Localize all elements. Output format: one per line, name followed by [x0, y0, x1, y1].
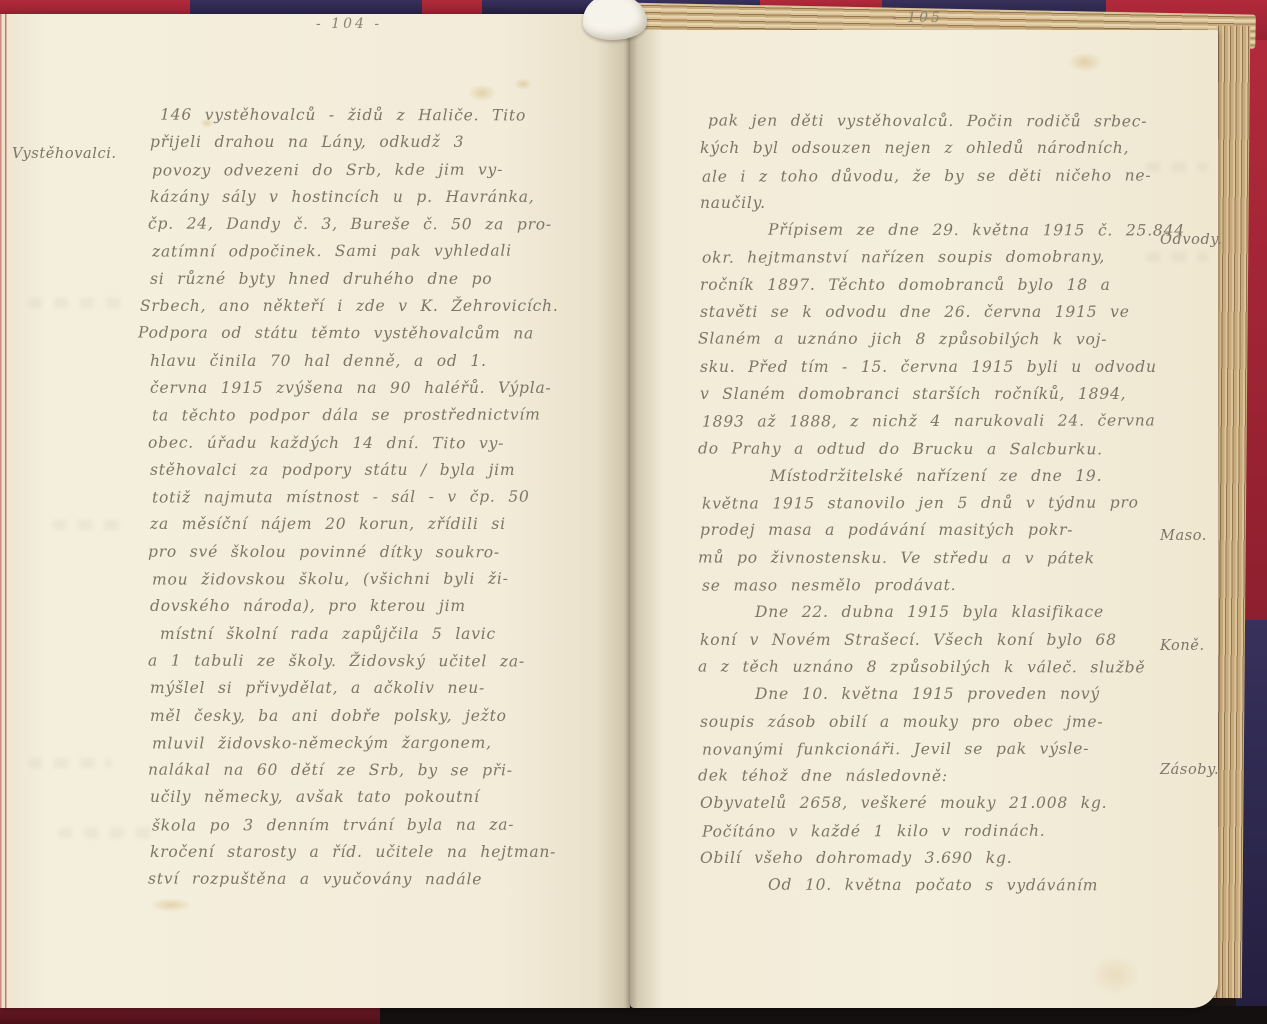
- handwritten-line: okr. hejtmanství nařízen soupis domobran…: [702, 244, 1189, 273]
- handwritten-line: zatímní odpočinek. Sami pak vyhledali: [152, 238, 561, 266]
- page-marker: [583, 0, 647, 40]
- handwritten-line: Obilí všeho dohromady 3.690 kg.: [700, 845, 1187, 872]
- handwritten-line: a z těch uznáno 8 způsobilých k váleč. s…: [698, 653, 1185, 681]
- handwritten-line: Srbech, ano někteří i zde v K. Žehrovicí…: [140, 293, 559, 320]
- handwritten-line: čp. 24, Dandy č. 3, Bureše č. 50 za pro-: [148, 211, 557, 239]
- paper-stain: [1068, 52, 1102, 72]
- bleed-through-smudge: [58, 828, 158, 838]
- handwritten-line: května 1915 stanovilo jen 5 dnů v týdnu …: [702, 490, 1189, 519]
- right-page-text: pak jen děti vystěhovalců. Počin rodičů …: [700, 108, 1187, 900]
- handwritten-line: Podpora od státu těmto vystěhovalcům na: [138, 320, 557, 348]
- handwritten-line: povozy odvezeni do Srb, kde jim vy-: [152, 156, 561, 184]
- handwritten-line: a 1 tabuli ze školy. Židovský učitel za-: [148, 648, 557, 676]
- handwritten-line: učily německy, avšak tato pokoutní: [150, 784, 559, 811]
- handwritten-line: ství rozpuštěna a vyučovány nadále: [148, 866, 557, 894]
- handwritten-line: škola po 3 denním trvání byla na za-: [152, 811, 561, 839]
- handwritten-line: Počítáno v každé 1 kilo v rodinách.: [702, 817, 1189, 846]
- handwritten-line: pro své školou povinné dítky soukro-: [148, 538, 557, 566]
- handwritten-line: ročník 1897. Těchto domobranců bylo 18 a: [700, 272, 1187, 299]
- handwritten-line: dovského národa), pro kterou jim: [150, 593, 559, 620]
- handwritten-line: Od 10. května počato s vydáváním: [698, 872, 1185, 900]
- margin-note-vystehovalci: Vystěhovalci.: [12, 146, 117, 162]
- bleed-through-smudge: [52, 520, 126, 530]
- handwritten-line: měl česky, ba ani dobře polsky, ježto: [150, 703, 559, 730]
- handwritten-line: Dne 22. dubna 1915 byla klasifikace: [700, 599, 1187, 626]
- handwritten-line: soupis zásob obilí a mouky pro obec jme-: [700, 709, 1187, 736]
- handwritten-line: kázány sály v hostincích u p. Havránka,: [150, 184, 559, 211]
- handwritten-line: obec. úřadu každých 14 dní. Tito vy-: [148, 429, 557, 457]
- page-number-right: - 105 -: [892, 10, 958, 26]
- handwritten-line: 1893 až 1888, z nichž 4 narukovali 24. č…: [702, 408, 1189, 437]
- handwritten-line: pak jen děti vystěhovalců. Počin rodičů …: [698, 107, 1185, 135]
- handwritten-line: 146 vystěhovalců - židů z Haliče. Tito: [148, 102, 557, 130]
- handwritten-line: ale i z toho důvodu, že by se děti ničeh…: [702, 162, 1189, 191]
- handwritten-line: Slaném a uznáno jich 8 způsobilých k voj…: [698, 326, 1185, 354]
- handwritten-line: sku. Před tím - 15. června 1915 byli u o…: [700, 354, 1187, 381]
- handwritten-line: mluvil židovsko-německým žargonem,: [152, 729, 561, 757]
- handwritten-line: Přípisem ze dne 29. května 1915 č. 25.84…: [698, 217, 1185, 245]
- handwritten-line: stavěti se k odvodu dne 26. června 1915 …: [700, 299, 1187, 326]
- handwritten-line: června 1915 zvýšena na 90 haléřů. Výpla-: [150, 375, 559, 402]
- handwritten-line: prodej masa a podávání masitých pokr-: [700, 517, 1187, 544]
- handwritten-line: Místodržitelské nařízení ze dne 19.: [700, 463, 1187, 490]
- handwritten-line: si různé byty hned druhého dne po: [150, 266, 559, 293]
- handwritten-line: mýšlel si přivydělat, a ačkoliv neu-: [150, 675, 559, 702]
- handwritten-line: do Prahy a odtud do Brucku a Salcburku.: [698, 435, 1185, 463]
- handwritten-line: hlavu činila 70 hal denně, a od 1.: [150, 348, 559, 375]
- handwritten-line: ta těchto podpor dála se prostřednictvím: [152, 402, 561, 430]
- paper-stain: [150, 898, 192, 912]
- handwritten-line: koní v Novém Strašecí. Všech koní bylo 6…: [700, 627, 1187, 654]
- handwritten-line: naučily.: [700, 190, 1187, 217]
- bleed-through-smudge: [28, 298, 124, 308]
- paper-stain: [468, 84, 496, 102]
- handwritten-line: dek téhož dne následovně:: [698, 763, 1185, 791]
- left-page-text: 146 vystěhovalců - židů z Haliče. Titopř…: [150, 102, 559, 894]
- handwritten-line: mou židovskou školu, (všichni byli ži-: [152, 566, 561, 594]
- handwritten-line: Obyvatelů 2658, veškeré mouky 21.008 kg.: [700, 790, 1187, 817]
- handwritten-line: za měsíční nájem 20 korun, zřídili si: [150, 511, 559, 538]
- handwritten-line: nalákal na 60 dětí ze Srb, by se při-: [148, 757, 557, 785]
- handwritten-line: kročení starosty a říd. učitele na hejtm…: [150, 839, 559, 866]
- handwritten-line: totiž najmuta místnost - sál - v čp. 50: [152, 484, 561, 512]
- bleed-through-smudge: [28, 758, 112, 768]
- cover-bottom-dark: [380, 1006, 1267, 1024]
- handwritten-line: mů po živnostensku. Ve středu a v pátek: [698, 544, 1185, 572]
- handwritten-line: kých byl odsouzen nejen z ohledů národní…: [700, 135, 1187, 162]
- handwritten-line: místní školní rada zapůjčila 5 lavic: [150, 621, 559, 648]
- page-number-left: - 104 -: [316, 16, 382, 32]
- handwritten-line: Dne 10. května 1915 proveden nový: [700, 681, 1187, 708]
- handwritten-line: stěhovalci za podpory státu / byla jim: [150, 457, 559, 484]
- handwritten-line: se maso nesmělo prodávat.: [702, 571, 1189, 600]
- paper-stain: [1090, 955, 1140, 995]
- handwritten-line: novanými funkcionáři. Jevil se pak výsle…: [702, 735, 1189, 764]
- book-scan: - 104 - - 105 - Vystěhovalci. Odvody.Mas…: [0, 0, 1267, 1024]
- handwritten-line: přijeli drahou na Lány, odkudž 3: [150, 129, 559, 156]
- paper-stain: [514, 78, 532, 90]
- handwritten-line: v Slaném domobranci starších ročníků, 18…: [700, 381, 1187, 408]
